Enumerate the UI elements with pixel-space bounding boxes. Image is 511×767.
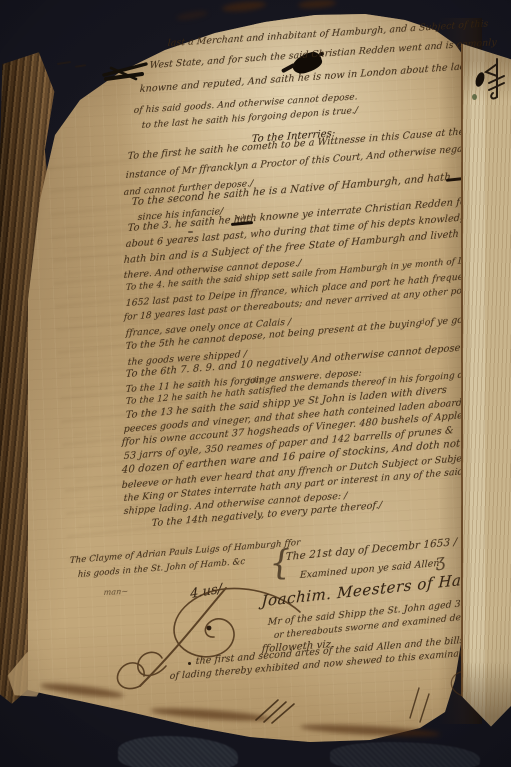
bracket-open: { <box>268 542 292 583</box>
pen-dash <box>75 64 86 68</box>
singed-edge <box>176 9 209 21</box>
inserted-word: fully <box>247 376 263 385</box>
pen-dash <box>57 61 71 65</box>
pen-speck <box>188 231 193 233</box>
pen-strokes <box>404 684 440 724</box>
inserted-word: d <box>420 318 425 326</box>
manuscript-photo: last a Merchant and inhabitant of Hambur… <box>0 0 511 767</box>
book-right-page-edges <box>461 40 511 730</box>
singed-edge <box>222 0 267 13</box>
background-fabric <box>330 742 480 767</box>
merchant-mark-icon <box>483 56 509 102</box>
singed-edge <box>298 0 336 9</box>
cross-out-mark <box>100 58 154 84</box>
pen-strokes <box>252 696 298 724</box>
background-fabric <box>118 736 238 767</box>
pen-speck <box>472 94 477 100</box>
